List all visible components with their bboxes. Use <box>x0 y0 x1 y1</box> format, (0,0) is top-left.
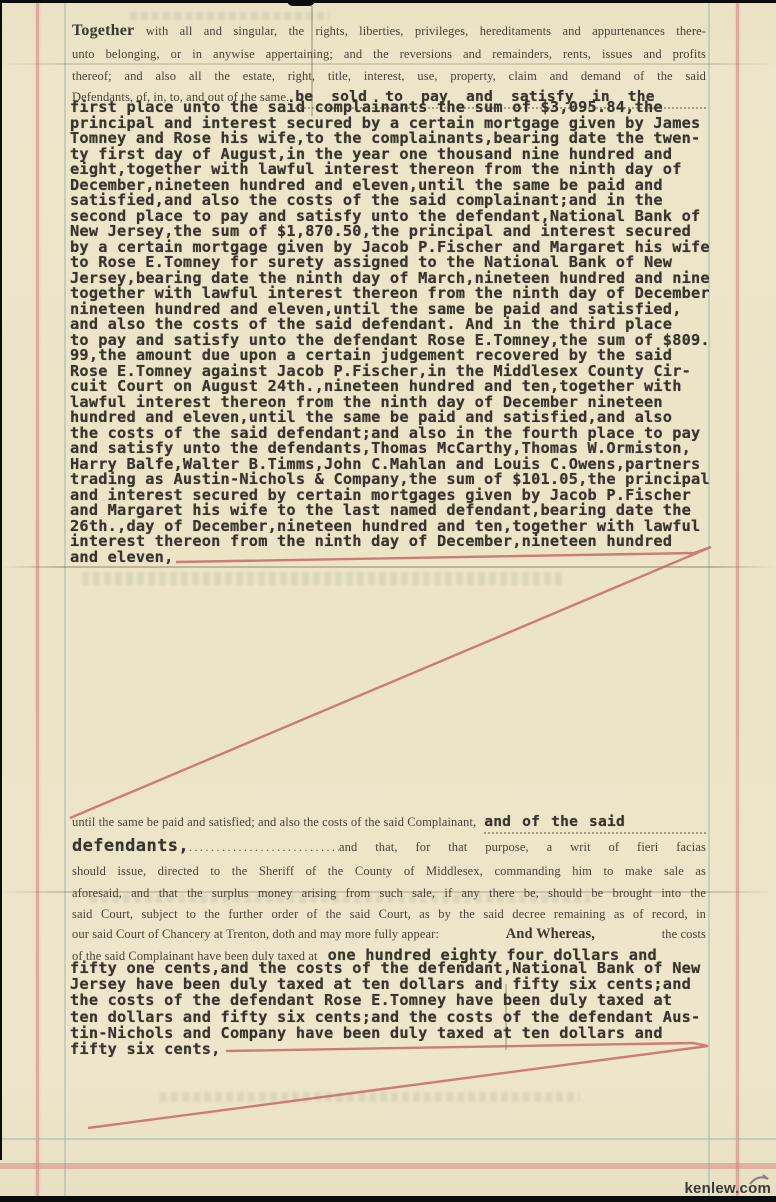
scan-edge-top <box>0 0 776 3</box>
printed-mid-line4: aforesaid, and that the surplus money ar… <box>72 883 706 903</box>
printed-mid-line1: until the same be paid and satisfied; an… <box>72 812 706 834</box>
right-red-margin-line <box>736 0 739 1202</box>
fold-crease-middle <box>0 566 776 568</box>
bleedthrough-smudge <box>160 1092 580 1102</box>
printed-text: thereof; and also all the estate, right,… <box>72 69 706 83</box>
printed-text: should issue, directed to the Sheriff of… <box>72 864 706 878</box>
bottom-blue-rule <box>0 1138 776 1140</box>
scan-blemish-top <box>287 0 315 6</box>
printed-text: and that, for that purpose, a writ of fi… <box>339 837 706 857</box>
lead-phrase-and-whereas: And Whereas, <box>506 924 595 944</box>
typed-block-payment-order: first place unto the said complainants t… <box>70 100 710 565</box>
typed-block-taxed-costs: fifty one cents,and the costs of the def… <box>70 960 700 1057</box>
scan-edge-bottom <box>0 1196 776 1202</box>
left-red-margin-line <box>36 0 39 1202</box>
printed-text: with all and singular, the rights, liber… <box>146 24 706 38</box>
printed-paragraph-top-line3: thereof; and also all the estate, right,… <box>72 66 706 86</box>
printed-mid-line3: should issue, directed to the Sheriff of… <box>72 861 706 881</box>
printed-paragraph-top-line1: Together with all and singular, the righ… <box>72 21 706 41</box>
printed-text: aforesaid, and that the surplus money ar… <box>72 886 706 900</box>
left-blue-margin-line <box>64 0 66 1202</box>
typed-insertion-and-of-the-said: and of the said <box>484 812 706 834</box>
scan-edge-left <box>0 0 2 1160</box>
printed-paragraph-top-line2: unto belonging, or in anywise appertaini… <box>72 44 706 64</box>
scanned-legal-document-page: Together with all and singular, the righ… <box>0 0 776 1202</box>
printed-text: until the same be paid and satisfied; an… <box>72 812 476 832</box>
printed-text: said Court, subject to the further order… <box>72 907 706 921</box>
printed-text: the costs <box>662 924 706 944</box>
printed-mid-line2: defendants, ............................… <box>72 836 706 857</box>
printed-text: unto belonging, or in anywise appertaini… <box>72 47 706 61</box>
bleedthrough-smudge <box>130 12 330 20</box>
bottom-red-rule <box>0 1163 776 1169</box>
red-strike-upper-blank <box>70 547 711 818</box>
typed-insertion-defendants: defendants, <box>72 836 189 856</box>
watermark: kenlew.com <box>685 1180 771 1197</box>
lead-word-together: Together <box>72 22 134 39</box>
bleedthrough-smudge <box>82 572 562 585</box>
printed-mid-line6: our said Court of Chancery at Trenton, d… <box>72 924 706 944</box>
printed-mid-line5: said Court, subject to the further order… <box>72 904 706 924</box>
printed-text: our said Court of Chancery at Trenton, d… <box>72 924 439 944</box>
dotted-leader: ........................................… <box>189 837 339 857</box>
